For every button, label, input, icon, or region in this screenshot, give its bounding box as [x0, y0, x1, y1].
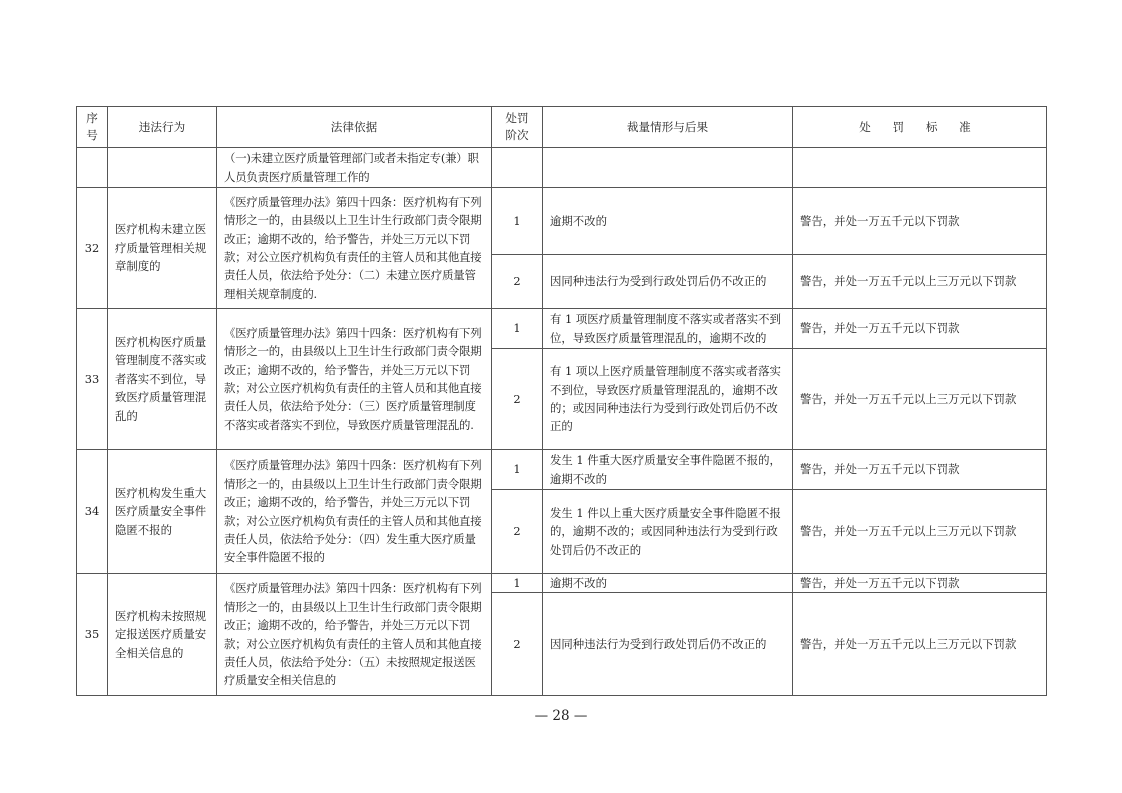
cell-stage: 2 — [492, 255, 543, 309]
cell-legal-basis: （一)未建立医疗质量管理部门或者未指定专(兼）职人员负责医疗质量管理工作的 — [217, 148, 492, 188]
cell-stage: 2 — [492, 349, 543, 450]
cell-violation — [108, 148, 217, 188]
header-stage: 处罚阶次 — [492, 107, 543, 148]
cell-standard: 警告，并处一万五千元以下罚款 — [793, 574, 1047, 593]
cell-circumstance: 发生 1 件以上重大医疗质量安全事件隐匿不报的，逾期不改的；或因同种违法行为受到… — [543, 490, 793, 574]
cell-stage: 2 — [492, 593, 543, 696]
cell-circumstance: 因同种违法行为受到行政处罚后仍不改正的 — [543, 593, 793, 696]
cell-seq: 34 — [77, 450, 108, 574]
header-circumstances: 裁量情形与后果 — [543, 107, 793, 148]
cell-standard: 警告，并处一万五千元以下罚款 — [793, 309, 1047, 349]
cell-circumstance: 发生 1 件重大医疗质量安全事件隐匿不报的，逾期不改的 — [543, 450, 793, 490]
header-seq: 序号 — [77, 107, 108, 148]
cell-seq: 33 — [77, 309, 108, 450]
cell-seq: 35 — [77, 574, 108, 696]
header-legal-basis: 法律依据 — [217, 107, 492, 148]
cell-stage: 2 — [492, 490, 543, 574]
cell-legal-basis: 《医疗质量管理办法》第四十四条：医疗机构有下列情形之一的，由县级以上卫生计生行政… — [217, 188, 492, 309]
table-row: 32 医疗机构未建立医疗质量管理相关规章制度的 《医疗质量管理办法》第四十四条：… — [77, 188, 1047, 255]
document-page: 序号 违法行为 法律依据 处罚阶次 裁量情形与后果 处 罚 标 准 （一)未建立… — [0, 0, 1122, 793]
cell-legal-basis: 《医疗质量管理办法》第四十四条：医疗机构有下列情形之一的，由县级以上卫生计生行政… — [217, 309, 492, 450]
cell-seq: 32 — [77, 188, 108, 309]
cell-circumstance: 逾期不改的 — [543, 188, 793, 255]
cell-stage: 1 — [492, 450, 543, 490]
cell-circumstance: 因同种违法行为受到行政处罚后仍不改正的 — [543, 255, 793, 309]
cell-violation: 医疗机构医疗质量管理制度不落实或者落实不到位，导致医疗质量管理混乱的 — [108, 309, 217, 450]
cell-standard — [793, 148, 1047, 188]
cell-circumstance: 有 1 项医疗质量管理制度不落实或者落实不到位，导致医疗质量管理混乱的，逾期不改… — [543, 309, 793, 349]
cell-standard: 警告，并处一万五千元以上三万元以下罚款 — [793, 349, 1047, 450]
cell-standard: 警告，并处一万五千元以下罚款 — [793, 188, 1047, 255]
cell-seq — [77, 148, 108, 188]
cell-circumstance: 有 1 项以上医疗质量管理制度不落实或者落实不到位，导致医疗质量管理混乱的，逾期… — [543, 349, 793, 450]
table-row: 34 医疗机构发生重大医疗质量安全事件隐匿不报的 《医疗质量管理办法》第四十四条… — [77, 450, 1047, 490]
header-standard: 处 罚 标 准 — [793, 107, 1047, 148]
table-header-row: 序号 违法行为 法律依据 处罚阶次 裁量情形与后果 处 罚 标 准 — [77, 107, 1047, 148]
page-number: — 28 — — [0, 708, 1122, 724]
cell-standard: 警告，并处一万五千元以上三万元以下罚款 — [793, 490, 1047, 574]
cell-legal-basis: 《医疗质量管理办法》第四十四条：医疗机构有下列情形之一的，由县级以上卫生计生行政… — [217, 574, 492, 696]
cell-standard: 警告，并处一万五千元以上三万元以下罚款 — [793, 593, 1047, 696]
cell-violation: 医疗机构未建立医疗质量管理相关规章制度的 — [108, 188, 217, 309]
table-row-continuation: （一)未建立医疗质量管理部门或者未指定专(兼）职人员负责医疗质量管理工作的 — [77, 148, 1047, 188]
cell-stage — [492, 148, 543, 188]
cell-stage: 1 — [492, 188, 543, 255]
cell-legal-basis: 《医疗质量管理办法》第四十四条：医疗机构有下列情形之一的，由县级以上卫生计生行政… — [217, 450, 492, 574]
cell-violation: 医疗机构未按照规定报送医疗质量安全相关信息的 — [108, 574, 217, 696]
cell-circumstance: 逾期不改的 — [543, 574, 793, 593]
cell-stage: 1 — [492, 309, 543, 349]
cell-standard: 警告，并处一万五千元以下罚款 — [793, 450, 1047, 490]
table-row: 35 医疗机构未按照规定报送医疗质量安全相关信息的 《医疗质量管理办法》第四十四… — [77, 574, 1047, 593]
table-row: 33 医疗机构医疗质量管理制度不落实或者落实不到位，导致医疗质量管理混乱的 《医… — [77, 309, 1047, 349]
cell-violation: 医疗机构发生重大医疗质量安全事件隐匿不报的 — [108, 450, 217, 574]
cell-circumstance — [543, 148, 793, 188]
header-violation: 违法行为 — [108, 107, 217, 148]
cell-standard: 警告，并处一万五千元以上三万元以下罚款 — [793, 255, 1047, 309]
cell-stage: 1 — [492, 574, 543, 593]
penalty-standards-table: 序号 违法行为 法律依据 处罚阶次 裁量情形与后果 处 罚 标 准 （一)未建立… — [76, 106, 1047, 696]
